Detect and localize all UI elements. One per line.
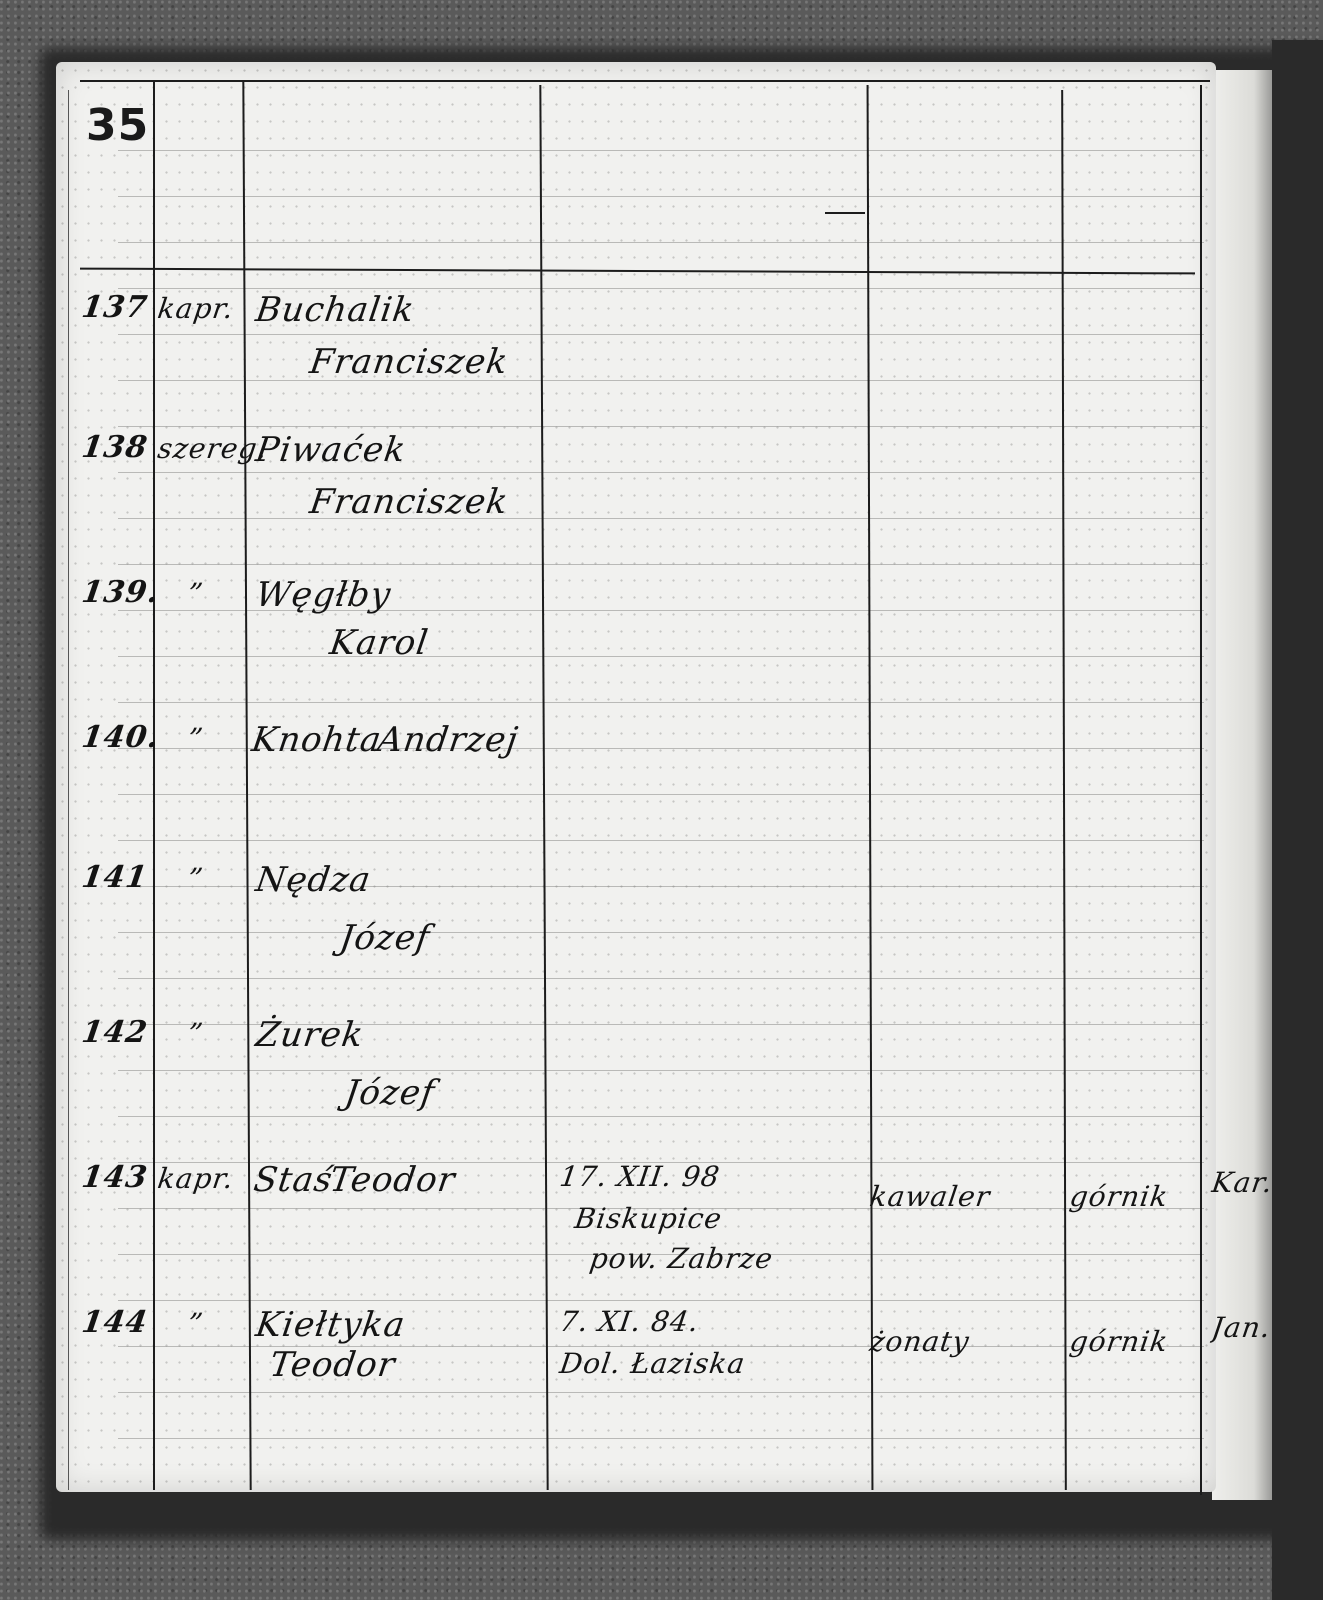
entry-occupation: górnik [1068, 1325, 1171, 1358]
header-top-border [80, 80, 1210, 82]
entry-birth-place: Biskupice [573, 1202, 725, 1235]
ruled-line [118, 426, 1204, 427]
left-margin-line [68, 90, 69, 1490]
ruled-line [118, 334, 1204, 335]
entry-given-name: Józef [342, 1073, 437, 1113]
entry-surname: Staś [251, 1160, 335, 1200]
entry-surname: Kiełtyka [253, 1305, 408, 1345]
entry-number: 140. [80, 720, 162, 755]
entry-given-name: Andrzej [375, 720, 521, 760]
entry-birth-place: Dol. Łaziska [558, 1347, 748, 1380]
ruled-line [118, 1300, 1204, 1301]
ruled-line [118, 564, 1204, 565]
entry-surname: Buchalik [253, 290, 417, 330]
ruled-line [118, 288, 1204, 289]
entry-remarks-cutoff: Kar... sta... B... [1210, 1166, 1273, 1199]
ruled-line [118, 978, 1204, 979]
ruled-line [118, 1392, 1204, 1393]
entry-rank: kapr. [156, 292, 236, 325]
ruled-line [118, 380, 1204, 381]
entry-civil-status: żonaty [868, 1325, 972, 1358]
column-divider-6 [1200, 85, 1202, 1495]
ruled-line [118, 1116, 1204, 1117]
entry-surname: Żurek [253, 1015, 366, 1055]
ruled-line [118, 242, 1204, 243]
ruled-line [118, 1070, 1204, 1071]
entry-number: 138 [80, 430, 151, 465]
ruled-line [118, 702, 1204, 703]
ruled-line [118, 150, 1204, 151]
ledger-page [56, 62, 1216, 1492]
entry-birth-place-county: pow. Zabrze [588, 1242, 776, 1275]
entry-civil-status: kawaler [868, 1180, 993, 1213]
entry-given-name: Franciszek [307, 342, 511, 382]
entry-number: 139. [80, 575, 162, 610]
ruled-line [118, 196, 1204, 197]
entry-number: 144 [80, 1305, 151, 1340]
header-tick-mark [825, 212, 865, 214]
ruled-line [118, 656, 1204, 657]
entry-number: 142 [80, 1015, 151, 1050]
ruled-line [118, 472, 1204, 473]
entry-surname: Węgłby [253, 575, 393, 615]
ruled-line [118, 518, 1204, 519]
entry-occupation: górnik [1068, 1180, 1171, 1213]
page-number: 35 [86, 100, 149, 151]
ruled-line [118, 1438, 1204, 1439]
ruled-line [118, 932, 1204, 933]
entry-number: 141 [80, 860, 151, 895]
entry-given-name: Karol [327, 623, 431, 663]
entry-birth-date: 17. XII. 98 [558, 1160, 723, 1193]
entry-rank: szereg. [156, 432, 270, 465]
entry-given-name: Teodor [327, 1160, 458, 1200]
adjacent-page-strip [1212, 70, 1272, 1500]
entry-given-name: Teodor [267, 1345, 398, 1385]
scan-edge [1272, 40, 1323, 1600]
ruled-line [118, 840, 1204, 841]
entry-rank: kapr. [156, 1162, 236, 1195]
entry-given-name: Franciszek [307, 482, 511, 522]
entry-surname: Knohta [249, 720, 384, 760]
column-divider-1 [153, 80, 155, 1490]
entry-given-name: Józef [337, 918, 432, 958]
entry-birth-date: 7. XI. 84. [558, 1305, 702, 1338]
ruled-line [118, 794, 1204, 795]
entry-number: 137 [80, 290, 151, 325]
entry-surname: Piwaćek [253, 430, 409, 470]
entry-number: 143 [80, 1160, 151, 1195]
entry-surname: Nędza [253, 860, 373, 900]
entry-remarks-cutoff: Jan... Dol... [1210, 1311, 1273, 1344]
